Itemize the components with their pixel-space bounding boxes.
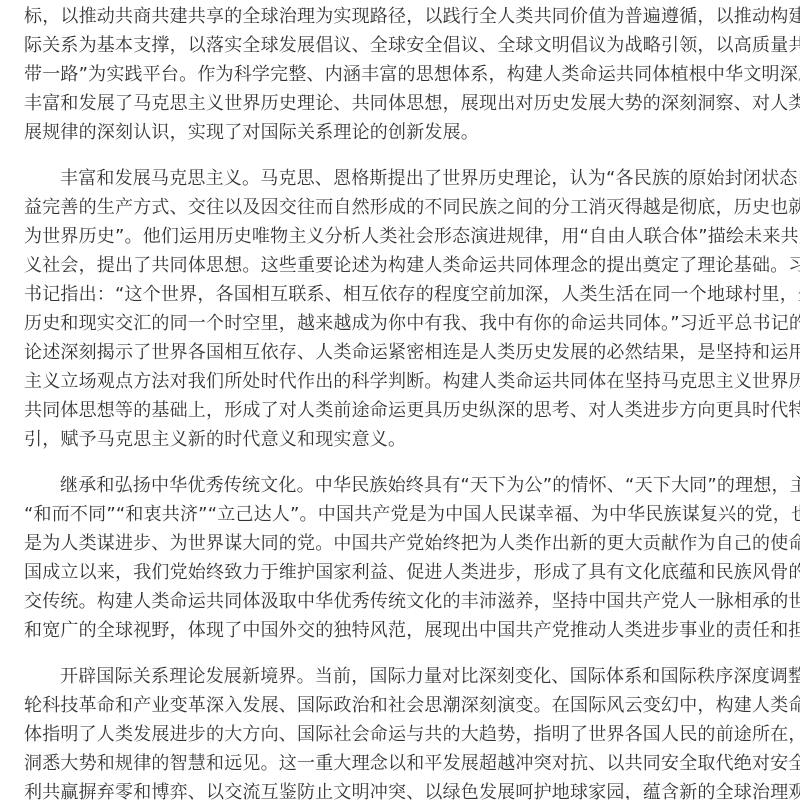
paragraph-marxism: 丰富和发展马克思主义。马克思、恩格斯提出了世界历史理论，认为“各民族的原始封闭状… xyxy=(24,164,784,454)
article-body: 标，以推动共商共建共享的全球治理为实现路径，以践行全人类共同价值为普遍遵循，以推… xyxy=(24,0,784,800)
text-line: 书记指出：“这个世界，各国相互联系、相互依存的程度空前加深，人类生活在同一个地球… xyxy=(24,280,784,309)
text-line: 共同体思想等的基础上，形成了对人类前途命运更具历史纵深的思考、对人类进步方向更具… xyxy=(24,396,784,425)
paragraph-spacer xyxy=(24,147,784,164)
text-line: 国成立以来，我们党始终致力于维护国家利益、促进人类进步，形成了具有文化底蕴和民族… xyxy=(24,558,784,587)
text-line: 体指明了人类发展进步的大方向、国际社会命运与共的大趋势，指明了世界各国人民的前途… xyxy=(24,720,784,749)
text-line: 主义立场观点方法对我们所处时代作出的科学判断。构建人类命运共同体在坚持马克思主义… xyxy=(24,367,784,396)
text-line: 为世界历史”。他们运用历史唯物主义分析人类社会形态演进规律，用“自由人联合体”描… xyxy=(24,222,784,251)
paragraph-spacer xyxy=(24,454,784,471)
text-line: 标，以推动共商共建共享的全球治理为实现路径，以践行全人类共同价值为普遍遵循，以推… xyxy=(24,2,784,31)
text-line: 益完善的生产方式、交往以及因交往而自然形成的不同民族之间的分工消灭得越是彻底，历… xyxy=(24,193,784,222)
text-line: 义社会，提出了共同体思想。这些重要论述为构建人类命运共同体理念的提出奠定了理论基… xyxy=(24,251,784,280)
text-line: 历史和现实交汇的同一个时空里，越来越成为你中有我、我中有你的命运共同体。”习近平… xyxy=(24,309,784,338)
text-line: 交传统。构建人类命运共同体汲取中华优秀传统文化的丰沛滋养，坚持中国共产党人一脉相… xyxy=(24,587,784,616)
text-line: 继承和弘扬中华优秀传统文化。中华民族始终具有“天下为公”的情怀、“天下大同”的理… xyxy=(24,471,784,500)
text-line: “和而不同”“和衷共济”“立己达人”。中国共产党是为中国人民谋幸福、为中华民族谋… xyxy=(24,500,784,529)
text-line: 洞悉大势和规律的智慧和远见。这一重大理念以和平发展超越冲突对抗、以共同安全取代绝… xyxy=(24,749,784,778)
text-line: 丰富和发展马克思主义。马克思、恩格斯提出了世界历史理论，认为“各民族的原始封闭状… xyxy=(24,164,784,193)
text-line: 利共赢摒弃零和博弈、以交流互鉴防止文明冲突、以绿色发展呵护地球家园，蕴含新的全球… xyxy=(24,778,784,800)
paragraph-traditional-culture: 继承和弘扬中华优秀传统文化。中华民族始终具有“天下为公”的情怀、“天下大同”的理… xyxy=(24,471,784,645)
paragraph-spacer xyxy=(24,645,784,662)
text-line: 是为人类谋进步、为世界谋大同的党。中国共产党始终把为人类作出新的更大贡献作为自己… xyxy=(24,529,784,558)
text-line: 际关系为基本支撑，以落实全球发展倡议、全球安全倡议、全球文明倡议为战略引领，以高… xyxy=(24,31,784,60)
text-line: 引，赋予马克思主义新的时代意义和现实意义。 xyxy=(24,425,784,454)
text-line: 展规律的深刻认识，实现了对国际关系理论的创新发展。 xyxy=(24,118,784,147)
text-line: 带一路”为实践平台。作为科学完整、内涵丰富的思想体系，构建人类命运共同体植根中华… xyxy=(24,60,784,89)
text-line: 开辟国际关系理论发展新境界。当前，国际力量对比深刻变化、国际体系和国际秩序深度调… xyxy=(24,662,784,691)
paragraph-international-relations: 开辟国际关系理论发展新境界。当前，国际力量对比深刻变化、国际体系和国际秩序深度调… xyxy=(24,662,784,800)
text-line: 和宽广的全球视野，体现了中国外交的独特风范，展现出中国共产党推动人类进步事业的责… xyxy=(24,616,784,645)
text-line: 丰富和发展了马克思主义世界历史理论、共同体思想，展现出对历史发展大势的深刻洞察、… xyxy=(24,89,784,118)
text-line: 论述深刻揭示了世界各国相互依存、人类命运紧密相连是人类历史发展的必然结果，是坚持… xyxy=(24,338,784,367)
text-line: 轮科技革命和产业变革深入发展、国际政治和社会思潮深刻演变。在国际风云变幻中，构建… xyxy=(24,691,784,720)
paragraph-intro-continuation: 标，以推动共商共建共享的全球治理为实现路径，以践行全人类共同价值为普遍遵循，以推… xyxy=(24,0,784,147)
